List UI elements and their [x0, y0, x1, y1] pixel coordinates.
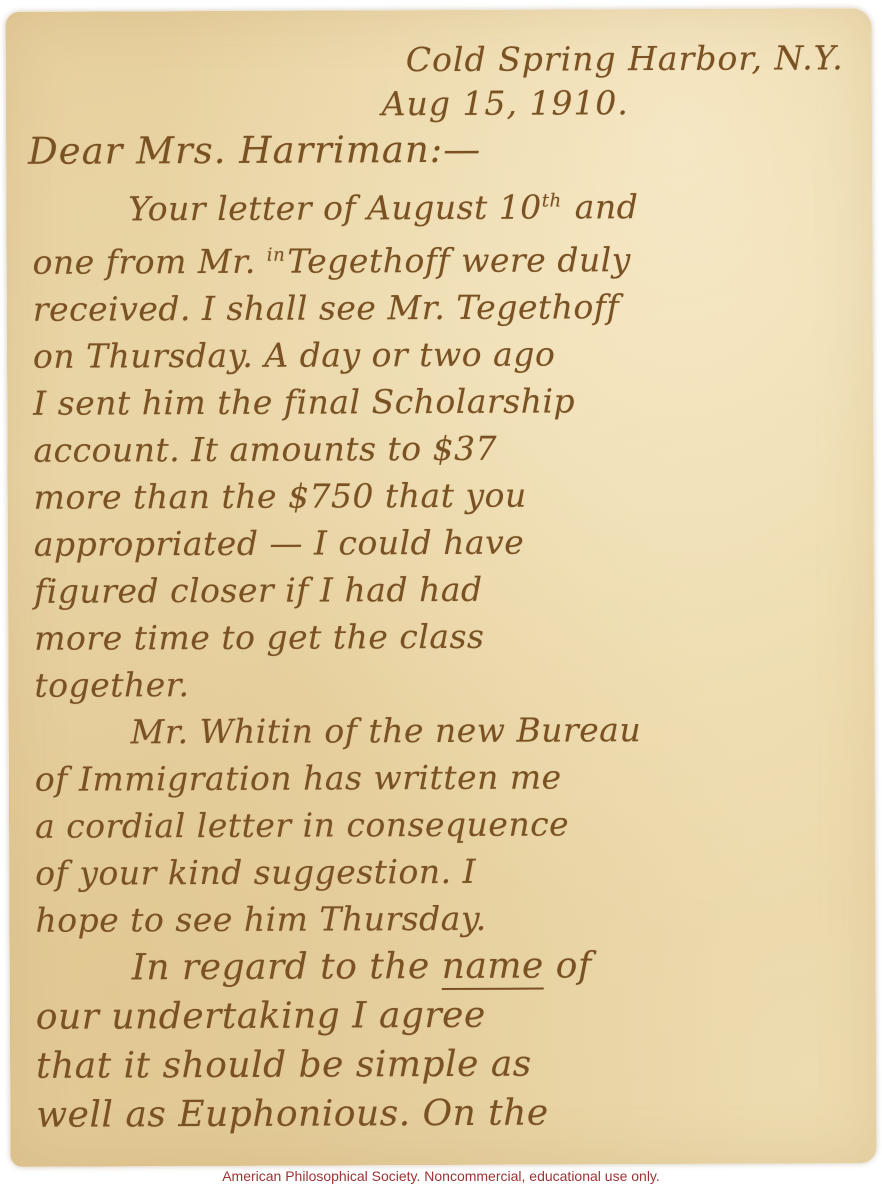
letter-line: of your kind suggestion. I: [35, 846, 855, 897]
heading-place: Cold Spring Harbor, N.Y.: [164, 36, 844, 83]
letter-line: Mr. Whitin of the new Bureau: [35, 705, 855, 756]
line-text: In regard to the: [132, 946, 442, 988]
letter-line: hope to see him Thursday.: [35, 893, 855, 944]
line-text: together.: [34, 665, 189, 705]
inserted-correction: in: [267, 245, 286, 266]
letter-line: on Thursday. A day or two ago: [33, 329, 853, 380]
letter-line: Your letter of August 10th and: [32, 176, 852, 233]
inserted-correction: th: [542, 190, 562, 211]
letter-line: together.: [34, 658, 854, 709]
letter-line: one from Mr. inTegethoff were duly: [32, 229, 852, 286]
line-text: Tegethoff were duly: [287, 240, 631, 280]
line-text: that it should be simple as: [36, 1044, 532, 1087]
letter-line: In regard to the name of: [36, 940, 856, 993]
usage-caption: American Philosophical Society. Noncomme…: [0, 1168, 882, 1184]
letter-line: I sent him the final Scholarship: [33, 376, 853, 427]
line-text: account. It amounts to $37: [33, 429, 497, 470]
letter-body: Your letter of August 10th andone from M…: [32, 176, 856, 1140]
line-text: figured closer if I had had: [34, 570, 483, 611]
letter-scan: Cold Spring Harbor, N.Y. Aug 15, 1910. D…: [0, 0, 882, 1186]
line-text: more than the $750 that you: [34, 476, 527, 517]
line-text: I sent him the final Scholarship: [33, 381, 575, 422]
letter-line: received. I shall see Mr. Tegethoff: [33, 282, 853, 333]
underlined-word: name: [442, 946, 544, 990]
letter-line: a cordial letter in consequence: [35, 799, 855, 850]
line-text: appropriated — I could have: [34, 523, 525, 564]
line-text: of your kind suggestion. I: [35, 852, 476, 893]
letter-line: of Immigration has written me: [35, 752, 855, 803]
line-text: hope to see him Thursday.: [35, 899, 486, 940]
letter-line: well as Euphonious. On the: [36, 1087, 856, 1140]
line-text: of: [544, 945, 592, 986]
line-text: our undertaking I agree: [36, 995, 486, 1038]
letter-line: that it should be simple as: [36, 1038, 856, 1091]
letter-line: more time to get the class: [34, 611, 854, 662]
line-text: received. I shall see Mr. Tegethoff: [33, 287, 620, 329]
line-text: one from Mr.: [32, 242, 266, 282]
salutation: Dear Mrs. Harriman:—: [28, 128, 481, 173]
letter-line: appropriated — I could have: [34, 517, 854, 568]
line-text: Your letter of August 10: [128, 188, 542, 229]
letter-line: more than the $750 that you: [33, 470, 853, 521]
heading-date: Aug 15, 1910.: [164, 80, 844, 127]
line-text: well as Euphonious. On the: [36, 1093, 549, 1136]
letter-heading: Cold Spring Harbor, N.Y. Aug 15, 1910.: [164, 36, 844, 127]
letter-line: account. It amounts to $37: [33, 423, 853, 474]
letter-line: our undertaking I agree: [36, 989, 856, 1042]
line-text: more time to get the class: [34, 617, 484, 658]
letter-page: Cold Spring Harbor, N.Y. Aug 15, 1910. D…: [5, 8, 876, 1167]
line-text: on Thursday. A day or two ago: [33, 334, 555, 375]
line-text: of Immigration has written me: [35, 757, 562, 798]
line-text: Mr. Whitin of the new Bureau: [131, 710, 642, 751]
line-text: and: [564, 187, 639, 226]
letter-line: figured closer if I had had: [34, 564, 854, 615]
line-text: a cordial letter in consequence: [35, 804, 569, 845]
